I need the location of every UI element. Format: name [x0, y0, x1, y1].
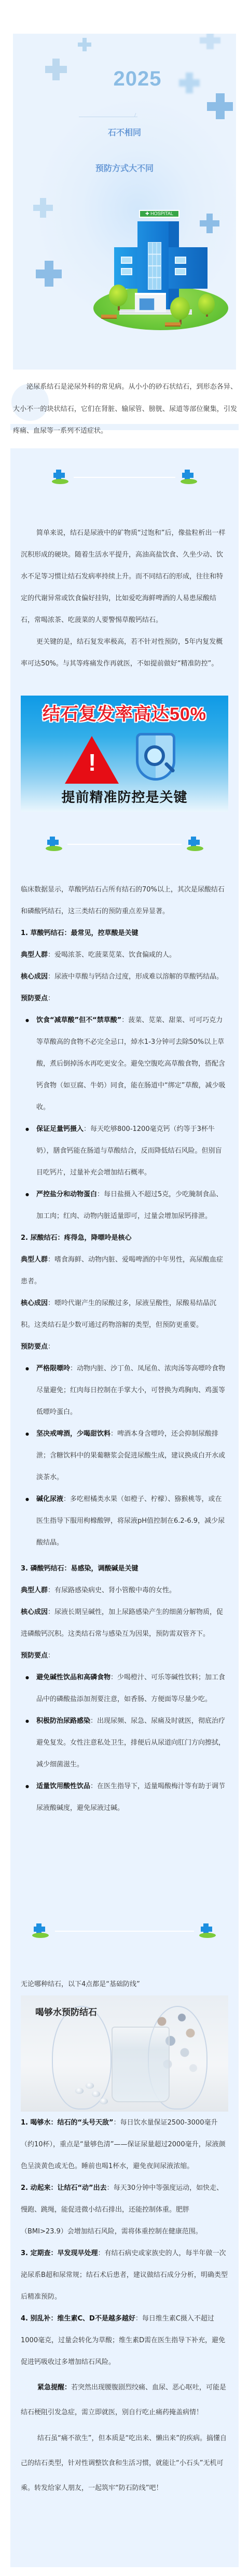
typical-crowd: 典型人群：嗜食海鲜、动物内脏、爱喝啤酒的中年男性，高尿酸血症患者。: [21, 1249, 228, 1293]
hospital-illustration: ✚ HOSPITAL: [93, 206, 231, 341]
window: [175, 257, 186, 264]
tip-item: 碱化尿液：多吃柑橘类水果（如橙子、柠檬）、猕猴桃等，或在医生指导下服用枸橼酸钾，…: [21, 1489, 228, 1554]
tip-item: 保证足量钙摄入：每天吃够800-1200毫克钙（约等于3杯牛奶），膳食钙能在肠道…: [21, 1119, 228, 1184]
intro-text: 泌尿系结石是泌尿外科的常见病。从小小的砂石状结石，到形态各异、大小不一的块状结石…: [13, 376, 237, 443]
urgent-reminder: 紧急提醒：若突然出现腰腹剧烈绞痛、血尿、恶心呕吐，可能是结石梗阻引发急症，需立即…: [21, 2375, 228, 2425]
core-cause: 核心成因：尿液长期呈碱性，加上尿路感染产生的细菌分解物质，促进磷酸钙沉积。这类结…: [21, 1602, 228, 1645]
tip-title: 保证足量钙摄入: [36, 1125, 84, 1133]
tips-label: 预防要点：: [21, 1645, 228, 1667]
section-header-3: 通用防石策略：这4件事人人都要做到: [10, 1920, 239, 1941]
cross-decoration-icon: [33, 198, 53, 218]
water-glass-icon: [112, 2027, 170, 2102]
tip-title: 积极防治尿路感染: [36, 1717, 90, 1725]
tip-item: 饮食“减草酸”但不“禁草酸”：菠菜、苋菜、甜菜、可可巧克力等草酸高的食物不必完全…: [21, 1010, 228, 1119]
hero-subtitle-1: 石不相同: [13, 126, 236, 138]
tip-title: 饮食“减草酸”但不“禁草酸”: [36, 1016, 121, 1024]
hero-banner: 2025 石不相同 预防方式大不同 ✚ HOSPITAL: [13, 34, 236, 370]
value: ：爱喝浓茶、吃菠菜苋菜、饮食偏咸的人。: [48, 951, 176, 959]
value: ：尿液长期呈碱性，加上尿路感染产生的细菌分解物质，促进磷酸钙沉积。这类结石常与感…: [21, 1608, 223, 1638]
label: 典型人群: [21, 1587, 48, 1594]
strategy-item: 3. 定期查：早发现早处理：有结石病史或家族史的人，每半年做一次泌尿系B超和尿常…: [21, 2243, 228, 2308]
tips-list: 严格限嘌呤：动物内脏、沙丁鱼、凤尾鱼、浓肉汤等高嘌呤食物尽量避免；红肉每日控制在…: [21, 1358, 228, 1554]
door: [139, 298, 155, 310]
tip-title: 碱化尿液: [36, 1495, 63, 1503]
hero-divider-tick: [134, 113, 140, 117]
strategy-title: 2. 动起来：让结石“动”出去: [21, 2184, 107, 2192]
banner-title: 结石复发率高达50%: [21, 700, 228, 725]
window: [121, 257, 132, 264]
section-2-intro: 临床数据显示，草酸钙结石占所有结石的70%以上，其次是尿酸结石和磷酸钙结石，这三…: [21, 879, 228, 923]
kidney-outline: [52, 2006, 112, 2110]
window: [175, 268, 186, 275]
cross-decoration-icon: [200, 34, 220, 49]
tip-title: 适量饮用酸性饮品: [36, 1782, 90, 1790]
strategy-item: 4. 别乱补：维生素C、D不是越多越好：每日维生素C摄入不超过1000毫克，过量…: [21, 2308, 228, 2373]
water-drop-icon: [100, 2098, 108, 2104]
strategy-title: 3. 定期查：早发现早处理: [21, 2249, 98, 2257]
label: 典型人群: [21, 1256, 48, 1264]
label: 核心成因: [21, 1299, 48, 1307]
label: 预防要点: [21, 995, 48, 1002]
value: ：嗜食海鲜、动物内脏、爱喝啤酒的中年男性，高尿酸血症患者。: [21, 1256, 223, 1285]
strategy-title: 1. 喝够水：结石的“头号天敌”: [21, 2119, 114, 2127]
tip-text: ：菠菜、苋菜、甜菜、可可巧克力等草酸高的食物不必完全忌口，焯水1-3分钟可去除5…: [36, 1016, 225, 1111]
label: 预防要点: [21, 1652, 48, 1660]
tip-title: 避免碱性饮品和高磷食物: [36, 1674, 110, 1681]
value: ：尿液中草酸与钙结合过度，形成难以溶解的草酸钙结晶。: [48, 973, 223, 981]
label: 核心成因: [21, 973, 48, 981]
stone-type-heading: 3. 磷酸钙结石：易感染，调酸碱是关键: [21, 1558, 228, 1580]
stone-type-title: 3. 磷酸钙结石：易感染，调酸碱是关键: [21, 1565, 139, 1573]
tip-item: 严控盐分和动物蛋白：每日盐摄入不超过5克，少吃腌制食品、加工肉；红肉、动物内脏适…: [21, 1184, 228, 1227]
section-2-text: 临床数据显示，草酸钙结石占所有结石的70%以上，其次是尿酸结石和磷酸钙结石，这三…: [21, 879, 228, 1819]
value: ：有尿路感染病史、肾小管酸中毒的女性。: [48, 1587, 176, 1594]
building-right-wing: [166, 247, 208, 289]
strategy-title: 4. 别乱补：维生素C、D不是越多越好: [21, 2315, 135, 2323]
tips-list: 避免碱性饮品和高磷食物：少喝橙汁、可乐等碱性饮料；加工食品中的磷酸盐添加剂要注意…: [21, 1667, 228, 1819]
cross-decoration-icon: [207, 93, 233, 119]
section-1-text: 简单来说，结石是尿液中的矿物质“过饱和”后，像盐粒析出一样沉积形成的硬块。随着生…: [21, 522, 228, 675]
exclamation-icon: !: [88, 750, 95, 775]
stone-type-heading: 1. 草酸钙结石：最常见，控草酸是关键: [21, 923, 228, 944]
core-cause: 核心成因：尿液中草酸与钙结合过度，形成难以溶解的草酸钙结晶。: [21, 966, 228, 988]
hero-divider: [79, 117, 137, 117]
stone-type-title: 1. 草酸钙结石：最常见，控草酸是关键: [21, 929, 139, 937]
tip-title: 严格限嘌呤: [36, 1365, 70, 1372]
hospital-sign: ✚ HOSPITAL: [139, 210, 179, 218]
section-3-intro-text: 无论哪种结石，以下4点都是“基础防线”: [21, 1974, 228, 1995]
stone-type-heading: 2. 尿酸结石：疼得急，降嘌呤是核心: [21, 1227, 228, 1249]
hospital-icon: [187, 836, 204, 852]
core-cause: 核心成因：嘌呤代谢产生的尿酸过多，尿液呈酸性，尿酸易结晶沉积。这类结石是少数可通…: [21, 1293, 228, 1336]
cross-decoration-icon: [78, 38, 91, 51]
section-3-intro: 无论哪种结石，以下4点都是“基础防线”: [21, 1974, 228, 1995]
glass-facade: [148, 242, 161, 290]
label: 典型人群: [21, 951, 48, 959]
section-header-2: 认清三类结石，预防各有侧重: [10, 833, 239, 854]
strategy-item: 1. 喝够水：结石的“头号天敌”：每日饮水量保证2500-3000毫升（约10杯…: [21, 2112, 228, 2177]
intro-paragraph: 泌尿系结石是泌尿外科的常见病。从小小的砂石状结石，到形态各异、大小不一的块状结石…: [13, 376, 237, 443]
drink-water-image: 喝够水预防结石: [21, 1995, 228, 2112]
water-drop-icon: [92, 2091, 100, 2097]
water-drop-icon: [86, 2083, 94, 2089]
strategy-item: 2. 动起来：让结石“动”出去：每天30分钟中等强度运动，如快走、慢跑、跳绳，能…: [21, 2177, 228, 2243]
tip-item: 坚决戒啤酒，少喝甜饮料：啤酒本身含嘌呤，还会抑制尿酸排泄；含糖饮料中的果葡糖浆会…: [21, 1423, 228, 1489]
colon: ：: [48, 995, 54, 1002]
typical-crowd: 典型人群：有尿路感染病史、肾小管酸中毒的女性。: [21, 1580, 228, 1602]
magnifier-icon: [144, 745, 165, 766]
colon: ：: [48, 1652, 54, 1660]
tree: [109, 285, 128, 306]
water-drop-icon: [75, 2088, 84, 2094]
stone-type-title: 2. 尿酸结石：疼得急，降嘌呤是核心: [21, 1234, 132, 1242]
hospital-icon: [181, 469, 198, 485]
cross-decoration-icon: [36, 261, 62, 287]
section-3-items: 1. 喝够水：结石的“头号天敌”：每日饮水量保证2500-3000毫升（约10杯…: [21, 2112, 228, 2501]
window: [121, 268, 132, 275]
urgent-label: 紧急提醒：: [37, 2384, 71, 2391]
bench: [101, 315, 117, 319]
closing-paragraph: 结石虽“痛不欲生”，但本质是“吃出来、懒出来”的疾病。搞懂自己的结石类型，针对性…: [21, 2426, 228, 2501]
tips-list: 饮食“减草酸”但不“禁草酸”：菠菜、苋菜、甜菜、可可巧克力等草酸高的食物不必完全…: [21, 1010, 228, 1227]
tip-item: 积极防治尿路感染：出现尿频、尿急、尿痛及时就医，彻底治疗避免复发。女性注意私处卫…: [21, 1710, 228, 1776]
tip-item: 避免碱性饮品和高磷食物：少喝橙汁、可乐等碱性饮料；加工食品中的磷酸盐添加剂要注意…: [21, 1667, 228, 1710]
tip-title: 坚决戒啤酒，少喝甜饮料: [36, 1430, 110, 1438]
tree: [170, 297, 190, 320]
tip-item: 适量饮用酸性饮品：在医生指导下，适量喝酸梅汁等有助于调节尿液酸碱度，避免尿液过碱…: [21, 1776, 228, 1819]
banner-subtitle: 提前精准防控是关键: [21, 787, 228, 806]
section-1-paragraph-2: 更关键的是，结石复发率极高，若不针对性预防，5年内复发概率可达50%。与其等疼痛…: [21, 631, 228, 675]
section-header-1: 结石为何越来越多？: [10, 466, 239, 487]
tip-item: 严格限嘌呤：动物内脏、沙丁鱼、凤尾鱼、浓肉汤等高嘌呤食物尽量避免；红肉每日控制在…: [21, 1358, 228, 1423]
label: 核心成因: [21, 1608, 48, 1616]
section-1-paragraph-1: 简单来说，结石是尿液中的矿物质“过饱和”后，像盐粒析出一样沉积形成的硬块。随着生…: [21, 522, 228, 631]
value: ：嘌呤代谢产生的尿酸过多，尿液呈酸性，尿酸易结晶沉积。这类结石是少数可通过药物溶…: [21, 1299, 216, 1329]
label: 预防要点: [21, 1343, 48, 1351]
image-title: 喝够水预防结石: [35, 2005, 97, 2018]
recurrence-banner-image: 结石复发率高达50% ! 提前精准防控是关键: [21, 696, 228, 812]
bench: [165, 322, 181, 327]
tip-title: 严控盐分和动物蛋白: [36, 1191, 97, 1198]
tips-label: 预防要点：: [21, 988, 228, 1010]
tree: [198, 294, 215, 315]
hero-subtitle-2: 预防方式大不同: [13, 162, 236, 174]
colon: ：: [48, 1343, 54, 1351]
tip-text: ：多吃柑橘类水果（如橙子、柠檬）、猕猴桃等，或在医生指导下服用枸橼酸钾，将尿液p…: [36, 1495, 225, 1547]
hero-year: 2025: [13, 67, 236, 91]
typical-crowd: 典型人群：爱喝浓茶、吃菠菜苋菜、饮食偏咸的人。: [21, 944, 228, 966]
tips-label: 预防要点：: [21, 1336, 228, 1358]
hospital-icon: [199, 1922, 217, 1939]
